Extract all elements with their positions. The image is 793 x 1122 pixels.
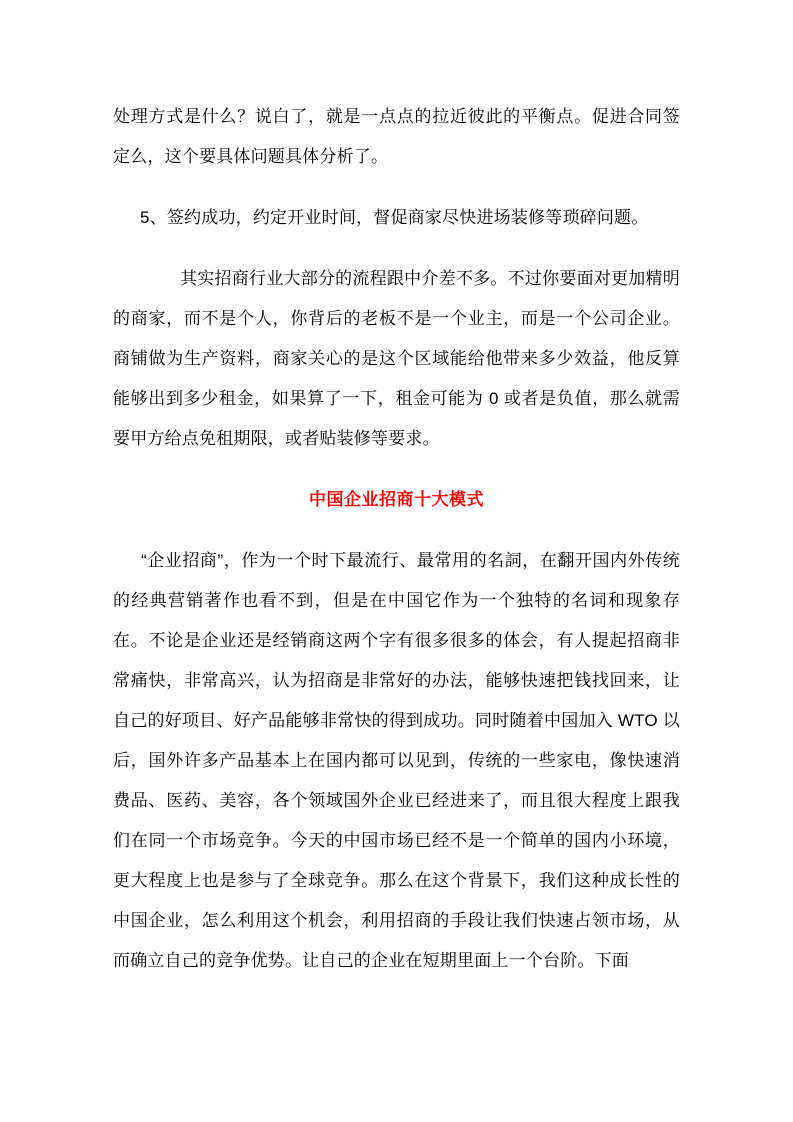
paragraph-enterprise-investment: “企业招商”，作为一个时下最流行、最常用的名詞，在翻开国内外传统的经典营销著作也… [113, 541, 680, 981]
paragraph-contract-balance: 处理方式是什么？说白了，就是一点点的拉近彼此的平衡点。促进合同签定么，这个要具体… [113, 97, 680, 177]
document-page: 处理方式是什么？说白了，就是一点点的拉近彼此的平衡点。促进合同签定么，这个要具体… [0, 0, 793, 1122]
section-heading-ten-models: 中国企业招商十大模式 [113, 480, 680, 520]
paragraph-industry-process: 其实招商行业大部分的流程跟中介差不多。不过你要面对更加精明的商家，而不是个人，你… [113, 259, 680, 459]
paragraph-item-5-signing: 5、签约成功，约定开业时间，督促商家尽快进场装修等琐碎问题。 [113, 198, 680, 238]
document-content: 处理方式是什么？说白了，就是一点点的拉近彼此的平衡点。促进合同签定么，这个要具体… [113, 97, 680, 1002]
